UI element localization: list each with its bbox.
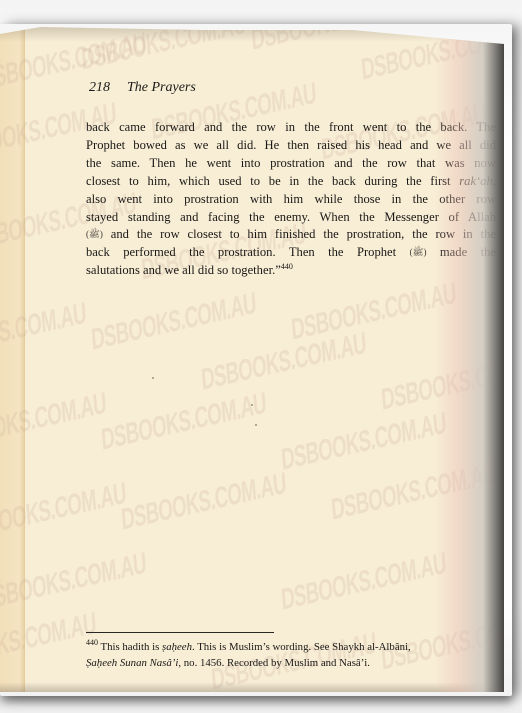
text-span: back performed the prostration. Then the… bbox=[86, 245, 410, 259]
footnote-number: 440 bbox=[86, 638, 98, 647]
binding-shadow bbox=[434, 24, 504, 692]
italic-term: ṣaḥeeh bbox=[162, 641, 192, 653]
scan-background: DSBOOKS.COM.AU DSBOOKS.COM.AU DSBOOKS.CO… bbox=[0, 0, 522, 713]
footnote-divider bbox=[86, 632, 274, 633]
salutation-symbol: (ﷺ) bbox=[86, 226, 103, 244]
watermark: DSBOOKS.COM.AU bbox=[90, 287, 257, 358]
text-span: salutations and we all did so together.” bbox=[86, 263, 281, 277]
book-title: Ṣaḥeeh Sunan Nasâ’i bbox=[86, 657, 178, 669]
scan-speck bbox=[255, 424, 257, 426]
watermark: DSBOOKS.COM.AU bbox=[280, 547, 447, 618]
text-span: . This is Muslim’s wording. See Shaykh a… bbox=[192, 641, 411, 653]
watermark: DSBOOKS.COM.AU bbox=[200, 327, 367, 398]
footnote-reference[interactable]: 440 bbox=[281, 262, 293, 271]
watermark: DSBOOKS.COM.AU bbox=[100, 387, 267, 458]
page-bottom-shading bbox=[0, 682, 504, 692]
salutation-symbol: (ﷺ) bbox=[410, 244, 427, 262]
running-header: 218 The Prayers bbox=[89, 80, 196, 96]
text-span: , no. 1456. Recorded by Muslim and Nasâ’… bbox=[178, 657, 370, 669]
facing-page-edge bbox=[0, 24, 25, 692]
text-span: closest to him, which used to be in the … bbox=[86, 174, 459, 188]
watermark: DSBOOKS.COM.AU bbox=[280, 407, 447, 478]
running-title: The Prayers bbox=[127, 80, 196, 96]
watermark: DSBOOKS.COM.AU bbox=[120, 467, 287, 538]
scan-speck bbox=[152, 377, 154, 379]
text-span: This hadith is bbox=[98, 641, 162, 653]
book-page: DSBOOKS.COM.AU DSBOOKS.COM.AU DSBOOKS.CO… bbox=[0, 24, 504, 692]
page-number: 218 bbox=[89, 80, 110, 96]
watermark: DSBOOKS.COM.AU bbox=[290, 277, 457, 348]
scan-speck bbox=[251, 404, 253, 406]
